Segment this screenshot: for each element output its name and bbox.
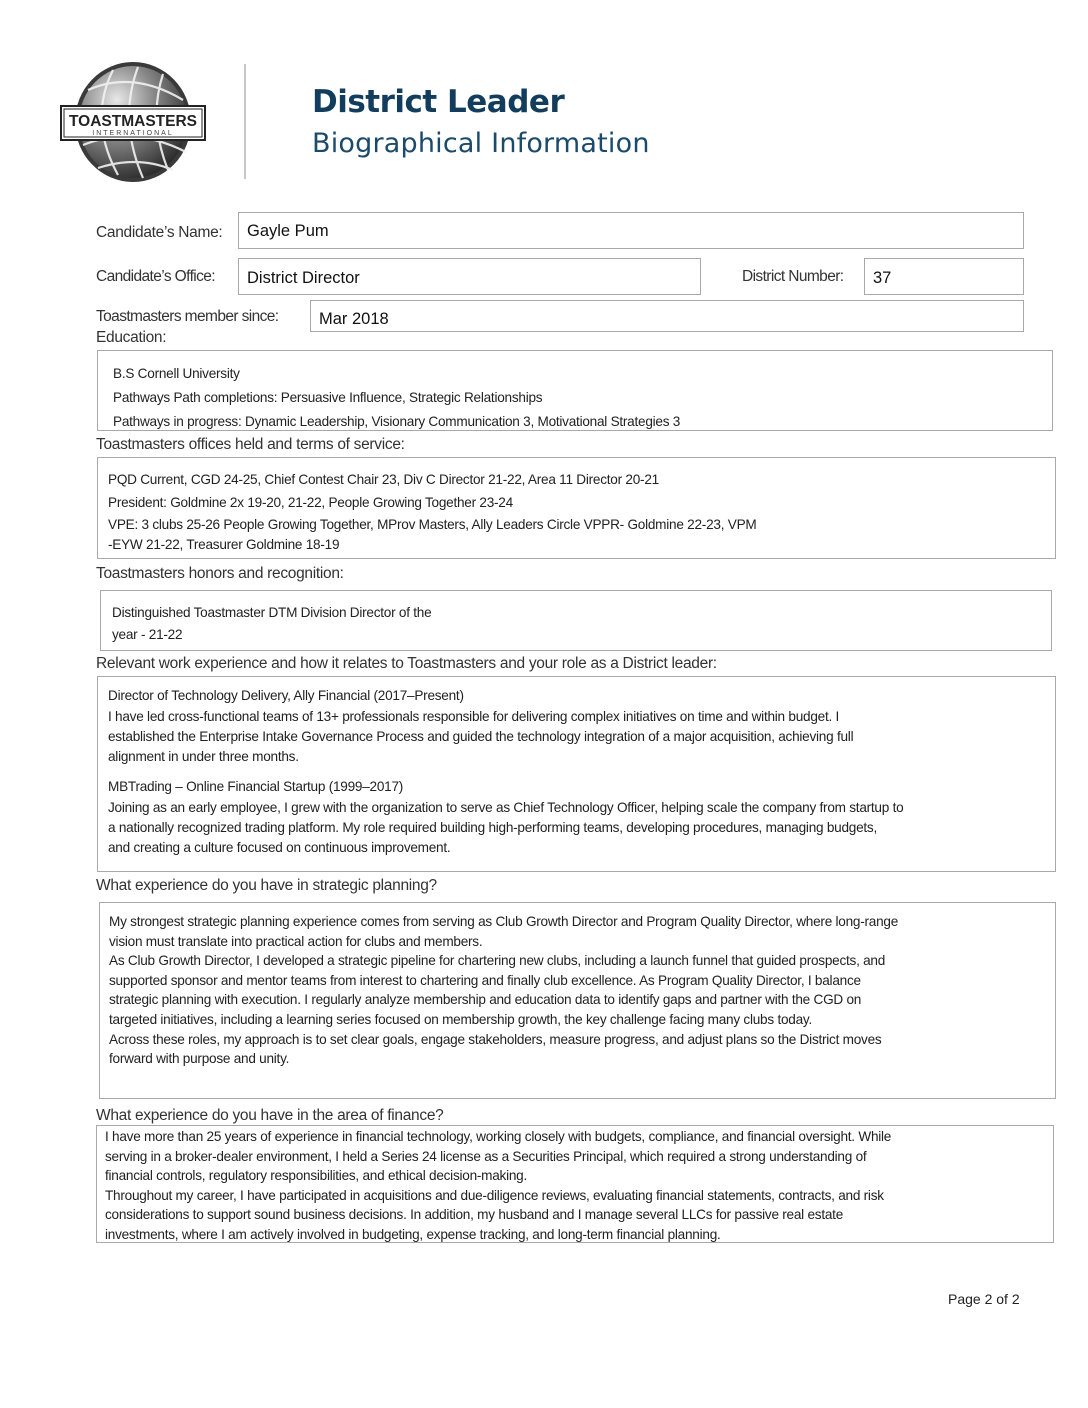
finance-line: financial controls, regulatory responsib… <box>105 1166 1053 1186</box>
offices-label: Toastmasters offices held and terms of s… <box>96 436 405 454</box>
finance-line: I have more than 25 years of experience … <box>105 1127 1053 1147</box>
toastmasters-globe-icon: TOASTMASTERS INTERNATIONAL <box>58 60 208 184</box>
strategic-planning-label: What experience do you have in strategic… <box>96 877 437 895</box>
work-entry-heading: MBTrading – Online Financial Startup (19… <box>108 777 1055 797</box>
finance-line: serving in a broker-dealer environment, … <box>105 1147 1053 1167</box>
header-divider <box>244 64 246 179</box>
finance-line: considerations to support sound business… <box>105 1205 1053 1225</box>
work-entry-line: Joining as an early employee, I grew wit… <box>108 798 1055 818</box>
member-since-label: Toastmasters member since: <box>96 308 279 326</box>
honors-line: year - 21-22 <box>112 624 1051 646</box>
work-entry-line: established the Enterprise Intake Govern… <box>108 727 1055 747</box>
work-entry-line: and creating a culture focused on contin… <box>108 838 1055 858</box>
candidate-name-label: Candidate’s Name: <box>96 224 222 242</box>
education-line: Pathways in progress: Dynamic Leadership… <box>113 410 1052 434</box>
offices-line: -EYW 21-22, Treasurer Goldmine 18-19 <box>108 535 1055 554</box>
work-entry-line: I have led cross-functional teams of 13+… <box>108 707 1055 727</box>
strategic-line: My strongest strategic planning experien… <box>109 912 1055 932</box>
strategic-planning-box[interactable]: My strongest strategic planning experien… <box>99 902 1056 1099</box>
honors-label: Toastmasters honors and recognition: <box>96 565 344 583</box>
finance-label: What experience do you have in the area … <box>96 1107 443 1125</box>
district-number-label: District Number: <box>742 268 844 286</box>
candidate-name-field[interactable]: Gayle Pum <box>238 212 1024 249</box>
education-line: B.S Cornell University <box>113 362 1052 386</box>
work-entry-heading: Director of Technology Delivery, Ally Fi… <box>108 686 1055 706</box>
education-label: Education: <box>96 329 166 347</box>
work-entry-line: a nationally recognized trading platform… <box>108 818 1055 838</box>
education-line: Pathways Path completions: Persuasive In… <box>113 386 1052 410</box>
candidate-office-field[interactable]: District Director <box>238 258 701 295</box>
strategic-line: targeted initiatives, including a learni… <box>109 1010 1055 1030</box>
strategic-line: strategic planning with execution. I reg… <box>109 990 1055 1010</box>
member-since-field[interactable]: Mar 2018 <box>310 300 1024 332</box>
work-entry-line: alignment in under three months. <box>108 747 1055 767</box>
honors-box[interactable]: Distinguished Toastmaster DTM Division D… <box>100 590 1052 651</box>
strategic-line: forward with purpose and unity. <box>109 1049 1055 1069</box>
svg-text:INTERNATIONAL: INTERNATIONAL <box>92 130 174 137</box>
strategic-line: vision must translate into practical act… <box>109 932 1055 952</box>
offices-line: PQD Current, CGD 24-25, Chief Contest Ch… <box>108 468 1055 491</box>
honors-line: Distinguished Toastmaster DTM Division D… <box>112 602 1051 624</box>
page-number: Page 2 of 2 <box>948 1291 1020 1307</box>
finance-line: investments, where I am actively involve… <box>105 1225 1053 1245</box>
strategic-line: supported sponsor and mentor teams from … <box>109 971 1055 991</box>
strategic-line: As Club Growth Director, I developed a s… <box>109 951 1055 971</box>
finance-box[interactable]: I have more than 25 years of experience … <box>96 1125 1054 1243</box>
district-number-field[interactable]: 37 <box>864 258 1024 295</box>
strategic-line: Across these roles, my approach is to se… <box>109 1030 1055 1050</box>
toastmasters-logo: TOASTMASTERS INTERNATIONAL <box>58 60 208 184</box>
education-box[interactable]: B.S Cornell University Pathways Path com… <box>97 350 1053 431</box>
work-experience-box[interactable]: Director of Technology Delivery, Ally Fi… <box>97 676 1056 872</box>
work-experience-label: Relevant work experience and how it rela… <box>96 655 717 673</box>
page-title: District Leader <box>312 84 564 120</box>
page-subtitle: Biographical Information <box>312 128 650 159</box>
offices-line: VPE: 3 clubs 25-26 People Growing Togeth… <box>108 515 1055 535</box>
svg-text:TOASTMASTERS: TOASTMASTERS <box>69 113 197 130</box>
finance-line: Throughout my career, I have participate… <box>105 1186 1053 1206</box>
offices-line: President: Goldmine 2x 19-20, 21-22, Peo… <box>108 491 1055 514</box>
offices-box[interactable]: PQD Current, CGD 24-25, Chief Contest Ch… <box>97 457 1056 559</box>
candidate-office-label: Candidate’s Office: <box>96 268 215 286</box>
